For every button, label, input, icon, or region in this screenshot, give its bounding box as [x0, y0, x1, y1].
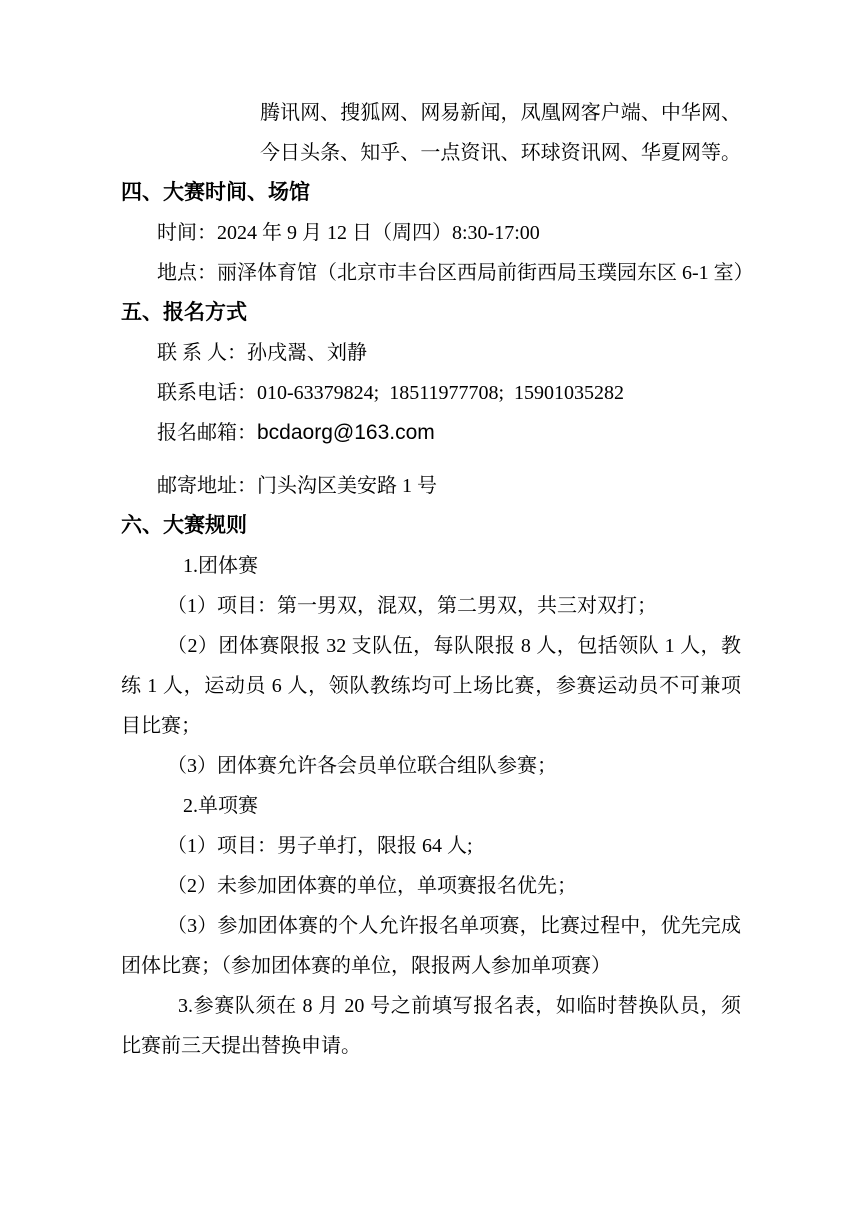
- team-rule-3: （3）团体赛允许各会员单位联合组队参赛；: [121, 746, 741, 786]
- team-rule-2-line1: （2）团体赛限报 32 支队伍，每队限报 8 人，包括领队 1 人，教: [121, 626, 741, 666]
- section-heading-time-venue: 四、大赛时间、场馆: [121, 173, 741, 213]
- section-heading-registration: 五、报名方式: [121, 293, 741, 333]
- singles-event-title: 2.单项赛: [121, 786, 741, 826]
- media-list-line-1: 腾讯网、搜狐网、网易新闻，凤凰网客户端、中华网、: [121, 93, 741, 133]
- event-time-line: 时间：2024 年 9 月 12 日（周四）8:30-17:00: [121, 213, 741, 253]
- contact-phone-line: 联系电话：010-63379824; 18511977708; 15901035…: [121, 373, 741, 413]
- team-rule-2-line3: 目比赛；: [121, 706, 741, 746]
- mailing-address-line: 邮寄地址：门头沟区美安路 1 号: [121, 466, 741, 506]
- document-page: 腾讯网、搜狐网、网易新闻，凤凰网客户端、中华网、 今日头条、知乎、一点资讯、环球…: [0, 0, 860, 1216]
- registration-deadline-line2: 比赛前三天提出替换申请。: [121, 1026, 741, 1066]
- team-event-title: 1.团体赛: [121, 546, 741, 586]
- contact-person-line: 联 系 人：孙戌翯、刘静: [121, 333, 741, 373]
- media-list-line-2: 今日头条、知乎、一点资讯、环球资讯网、华夏网等。: [121, 133, 741, 173]
- singles-rule-2: （2）未参加团体赛的单位，单项赛报名优先；: [121, 866, 741, 906]
- signup-email-line: 报名邮箱：bcdaorg@163.com: [121, 413, 741, 453]
- section-heading-rules: 六、大赛规则: [121, 506, 741, 546]
- singles-rule-1: （1）项目：男子单打，限报 64 人;: [121, 826, 741, 866]
- registration-deadline-line1: 3.参赛队须在 8 月 20 号之前填写报名表，如临时替换队员，须于: [121, 986, 741, 1026]
- event-venue-line: 地点：丽泽体育馆（北京市丰台区西局前街西局玉璞园东区 6-1 室）: [121, 253, 741, 293]
- signup-email-address: bcdaorg@163.com: [257, 421, 435, 444]
- singles-rule-3-line1: （3）参加团体赛的个人允许报名单项赛，比赛过程中，优先完成: [121, 906, 741, 946]
- signup-email-label: 报名邮箱：: [157, 422, 257, 444]
- team-rule-2-line2: 练 1 人，运动员 6 人，领队教练均可上场比赛，参赛运动员不可兼项: [121, 666, 741, 706]
- singles-rule-3-line2: 团体比赛；（参加团体赛的单位，限报两人参加单项赛）: [121, 946, 741, 986]
- team-rule-1: （1）项目：第一男双，混双，第二男双，共三对双打；: [121, 586, 741, 626]
- document-body: 腾讯网、搜狐网、网易新闻，凤凰网客户端、中华网、 今日头条、知乎、一点资讯、环球…: [121, 93, 741, 1066]
